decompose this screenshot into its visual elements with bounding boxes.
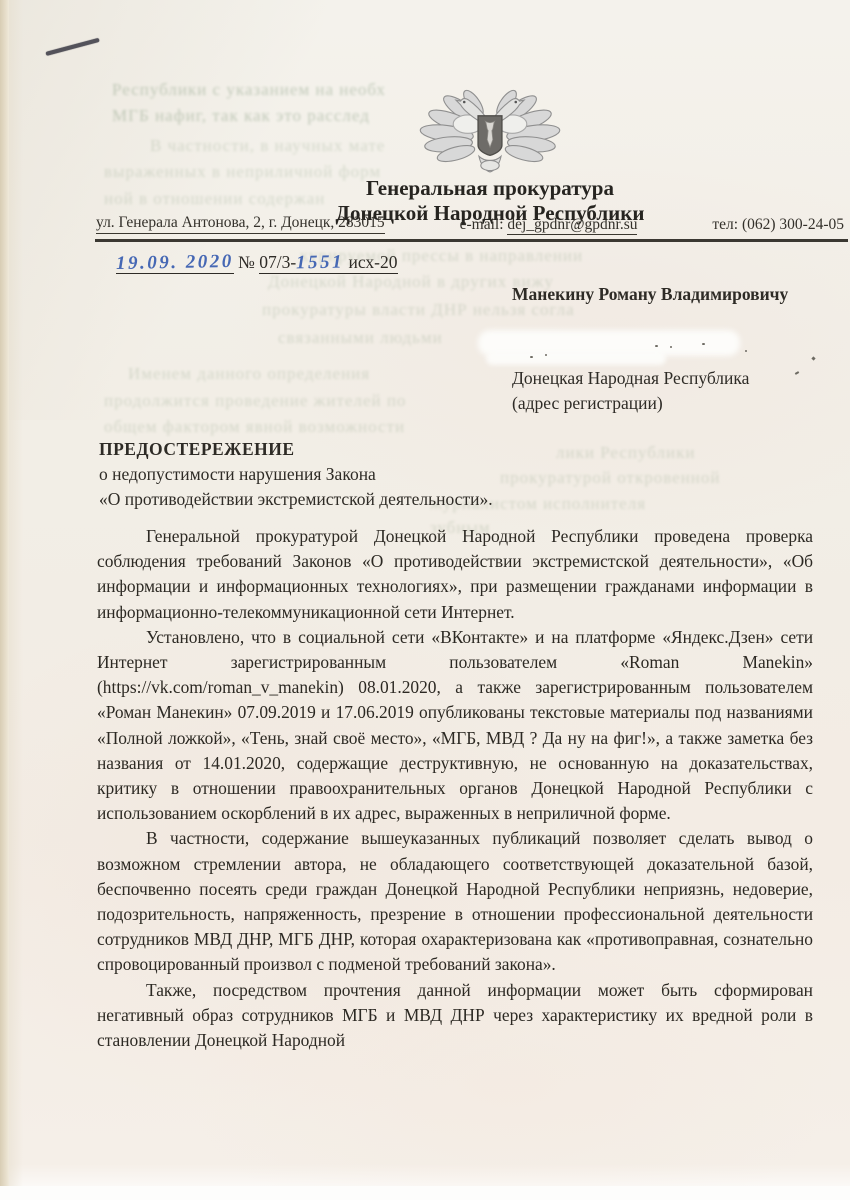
bleedthrough-text: связанными людьми (278, 328, 443, 348)
recipient-name: Манекину Роману Владимировичу (512, 284, 788, 305)
body-paragraph-3: В частности, содержание вышеуказанных пу… (97, 826, 813, 977)
bleedthrough-text: МГБ нафиг, так как это расслед (112, 106, 370, 126)
ink-speck (655, 345, 658, 347)
org-email: e-mail: dej_gpdnr@gpdnr.su (460, 216, 638, 234)
handwritten-number: 1551 (296, 252, 344, 275)
scan-bottom-edge (0, 1186, 850, 1200)
document-subject: ПРЕДОСТЕРЕЖЕНИЕ о недопустимости нарушен… (99, 437, 493, 512)
scan-left-edge-fade (9, 0, 23, 1186)
document-title: ПРЕДОСТЕРЕЖЕНИЕ (99, 437, 493, 462)
org-address: ул. Генерала Антонова, 2, г. Донецк, 283… (96, 214, 385, 234)
ink-speck (702, 343, 705, 345)
email-value: dej_gpdnr@gpdnr.su (507, 216, 637, 235)
letterhead-rule (95, 239, 848, 242)
number-suffix: исх-20 (344, 252, 397, 272)
recipient-address-line2: (адрес регистрации) (512, 391, 749, 416)
handwritten-date: 19.09. 2020 (116, 251, 234, 275)
subject-line3: «О противодействии экстремистской деятел… (99, 487, 493, 512)
email-label: e-mail: (460, 216, 508, 233)
number-prefix: 07/3- (259, 252, 296, 272)
scan-left-edge (0, 0, 9, 1186)
bleedthrough-text: продолжится проведение жителей по (104, 391, 406, 411)
body-paragraph-2: Установлено, что в социальной сети «ВКон… (97, 625, 813, 827)
letter-body: Генеральной прокуратурой Донецкой Народн… (97, 524, 813, 1053)
ink-speck (745, 350, 747, 352)
bleedthrough-text: общем фактором явной возможности (104, 417, 405, 437)
bleedthrough-text: Республики с указанием на необх (112, 80, 386, 100)
ink-speck (670, 346, 672, 348)
org-phone: тел: (062) 300-24-05 (712, 216, 844, 234)
bleedthrough-text: Именем данного определения (128, 364, 370, 384)
dpr-eagle-emblem-icon (398, 82, 582, 180)
scanned-letter-page: Республики с указанием на необх МГБ нафи… (0, 0, 850, 1200)
recipient-address: Донецкая Народная Республика (адрес реги… (512, 366, 749, 416)
ink-speck (530, 356, 533, 358)
ink-speck (545, 354, 547, 356)
ink-speck (795, 371, 799, 375)
ink-speck (811, 356, 815, 360)
whiteout-redaction-small (486, 352, 666, 365)
number-sign: № (238, 252, 259, 272)
reference-line: 19.09. 2020 № 07/3-1551 исх-20 (116, 252, 398, 274)
body-paragraph-4: Также, посредством прочтения данной инфо… (97, 978, 813, 1054)
bleedthrough-text: прокуратурой откровенной (500, 468, 721, 488)
bleedthrough-text: лики Республики (556, 443, 695, 463)
letterhead-contacts: ул. Генерала Антонова, 2, г. Донецк, 283… (96, 214, 844, 234)
bleedthrough-text: В частности, в научных мате (150, 136, 385, 156)
recipient-address-line1: Донецкая Народная Республика (512, 366, 749, 391)
subject-line2: о недопустимости нарушения Закона (99, 462, 493, 487)
body-paragraph-1: Генеральной прокуратурой Донецкой Народн… (97, 524, 813, 625)
org-name-line1: Генеральная прокуратура (130, 176, 850, 201)
